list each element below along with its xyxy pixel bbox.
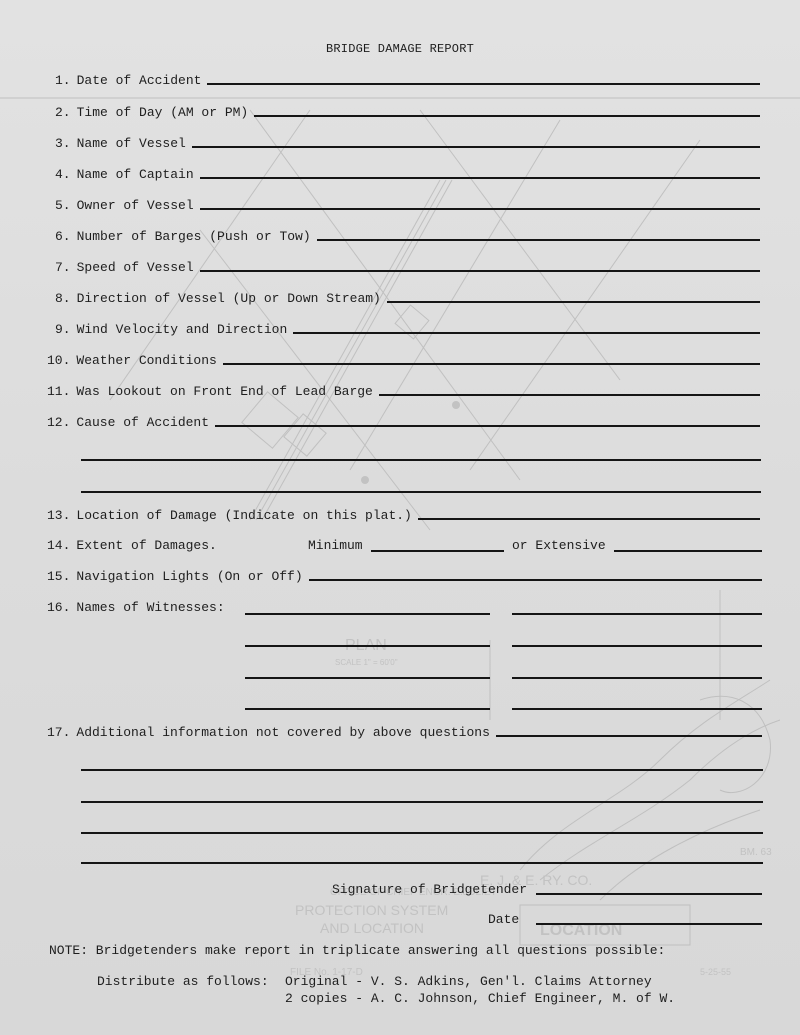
question-number: 9. [55,322,77,337]
question-label: Number of Barges (Push or Tow) [77,229,317,244]
svg-text:SCALE 1" = 60'0": SCALE 1" = 60'0" [335,658,398,667]
note-text: NOTE: Bridgetenders make report in tripl… [49,943,665,958]
question-label: Was Lookout on Front End of Lead Barge [76,384,378,399]
question-label: Time of Day (AM or PM) [77,105,255,120]
question-number: 10. [47,353,76,368]
answer-line[interactable] [418,518,760,520]
answer-line[interactable] [215,425,760,427]
witness-line[interactable] [512,708,762,710]
svg-text:5-25-55: 5-25-55 [700,967,731,977]
question-number: 17. [47,725,76,740]
field-names-of-witnesses: 16. Names of Witnesses: [47,600,231,615]
svg-text:BM. 63: BM. 63 [740,847,772,858]
witness-line[interactable] [512,613,762,615]
bridge-damage-report-page: PLAN SCALE 1" = 60'0" E. J. & E. RY. CO.… [0,0,800,1035]
field-owner-of-vessel: 5. Owner of Vessel [55,198,760,213]
additional-info-line[interactable] [81,801,763,803]
additional-info-line[interactable] [81,862,763,864]
date-line[interactable] [536,923,762,925]
answer-line[interactable] [293,332,760,334]
question-number: 3. [55,136,77,151]
field-number-of-barges: 6. Number of Barges (Push or Tow) [55,229,760,244]
field-wind-velocity: 9. Wind Velocity and Direction [55,322,760,337]
answer-line[interactable] [223,363,760,365]
answer-line[interactable] [200,208,760,210]
answer-line[interactable] [192,146,760,148]
answer-line[interactable] [379,394,760,396]
question-label: Name of Captain [77,167,200,182]
additional-info-line[interactable] [81,769,763,771]
answer-line[interactable] [317,239,760,241]
field-extent-of-damages: 14. Extent of Damages. [47,538,223,553]
minimum-label: Minimum [308,538,363,553]
answer-line[interactable] [207,83,760,85]
answer-line[interactable] [309,579,762,581]
witness-line[interactable] [245,708,490,710]
distribution-copies: 2 copies - A. C. Johnson, Chief Engineer… [285,991,675,1006]
witness-line[interactable] [245,677,490,679]
witness-line[interactable] [512,645,762,647]
question-number: 11. [47,384,76,399]
answer-line[interactable] [254,115,760,117]
answer-line[interactable] [496,735,762,737]
question-number: 14. [47,538,76,553]
signature-line[interactable] [536,893,762,895]
field-cause-of-accident: 12. Cause of Accident [47,415,760,430]
minimum-answer-line[interactable] [371,550,504,552]
answer-line[interactable] [200,177,760,179]
extensive-label: or Extensive [512,538,606,553]
question-label: Weather Conditions [76,353,222,368]
question-number: 7. [55,260,77,275]
question-label: Names of Witnesses: [76,600,230,615]
distribution-lead: Distribute as follows: [97,974,269,989]
field-location-of-damage: 13. Location of Damage (Indicate on this… [47,508,760,523]
question-number: 4. [55,167,77,182]
date-label: Date [488,912,519,927]
answer-line[interactable] [200,270,760,272]
question-number: 16. [47,600,76,615]
cause-continuation-line[interactable] [81,459,761,461]
question-label: Direction of Vessel (Up or Down Stream) [77,291,387,306]
question-number: 2. [55,105,77,120]
field-name-of-vessel: 3. Name of Vessel [55,136,760,151]
svg-text:AND LOCATION: AND LOCATION [320,920,424,936]
question-number: 5. [55,198,77,213]
question-number: 6. [55,229,77,244]
question-number: 1. [55,73,77,88]
field-additional-information: 17. Additional information not covered b… [47,725,762,740]
question-label: Location of Damage (Indicate on this pla… [76,508,417,523]
field-lookout-on-barge: 11. Was Lookout on Front End of Lead Bar… [47,384,760,399]
field-time-of-day: 2. Time of Day (AM or PM) [55,105,760,120]
extensive-answer-line[interactable] [614,550,762,552]
question-label: Additional information not covered by ab… [76,725,495,740]
field-speed-of-vessel: 7. Speed of Vessel [55,260,760,275]
question-label: Wind Velocity and Direction [77,322,294,337]
field-name-of-captain: 4. Name of Captain [55,167,760,182]
question-label: Owner of Vessel [77,198,200,213]
question-number: 12. [47,415,76,430]
question-label: Name of Vessel [77,136,192,151]
svg-text:PROTECTION SYSTEM: PROTECTION SYSTEM [295,902,448,918]
question-label: Speed of Vessel [77,260,200,275]
field-direction-of-vessel: 8. Direction of Vessel (Up or Down Strea… [55,291,760,306]
question-label: Date of Accident [77,73,208,88]
signature-label: Signature of Bridgetender [332,882,527,897]
field-weather-conditions: 10. Weather Conditions [47,353,760,368]
cause-continuation-line[interactable] [81,491,761,493]
additional-info-line[interactable] [81,832,763,834]
question-number: 13. [47,508,76,523]
question-label: Navigation Lights (On or Off) [76,569,308,584]
field-date-of-accident: 1. Date of Accident [55,73,760,88]
witness-line[interactable] [245,645,490,647]
question-number: 8. [55,291,77,306]
page-title: BRIDGE DAMAGE REPORT [0,42,800,56]
question-label: Extent of Damages. [76,538,222,553]
answer-line[interactable] [387,301,760,303]
question-number: 15. [47,569,76,584]
field-navigation-lights: 15. Navigation Lights (On or Off) [47,569,762,584]
distribution-original: Original - V. S. Adkins, Gen'l. Claims A… [285,974,652,989]
question-label: Cause of Accident [76,415,215,430]
witness-line[interactable] [245,613,490,615]
witness-line[interactable] [512,677,762,679]
